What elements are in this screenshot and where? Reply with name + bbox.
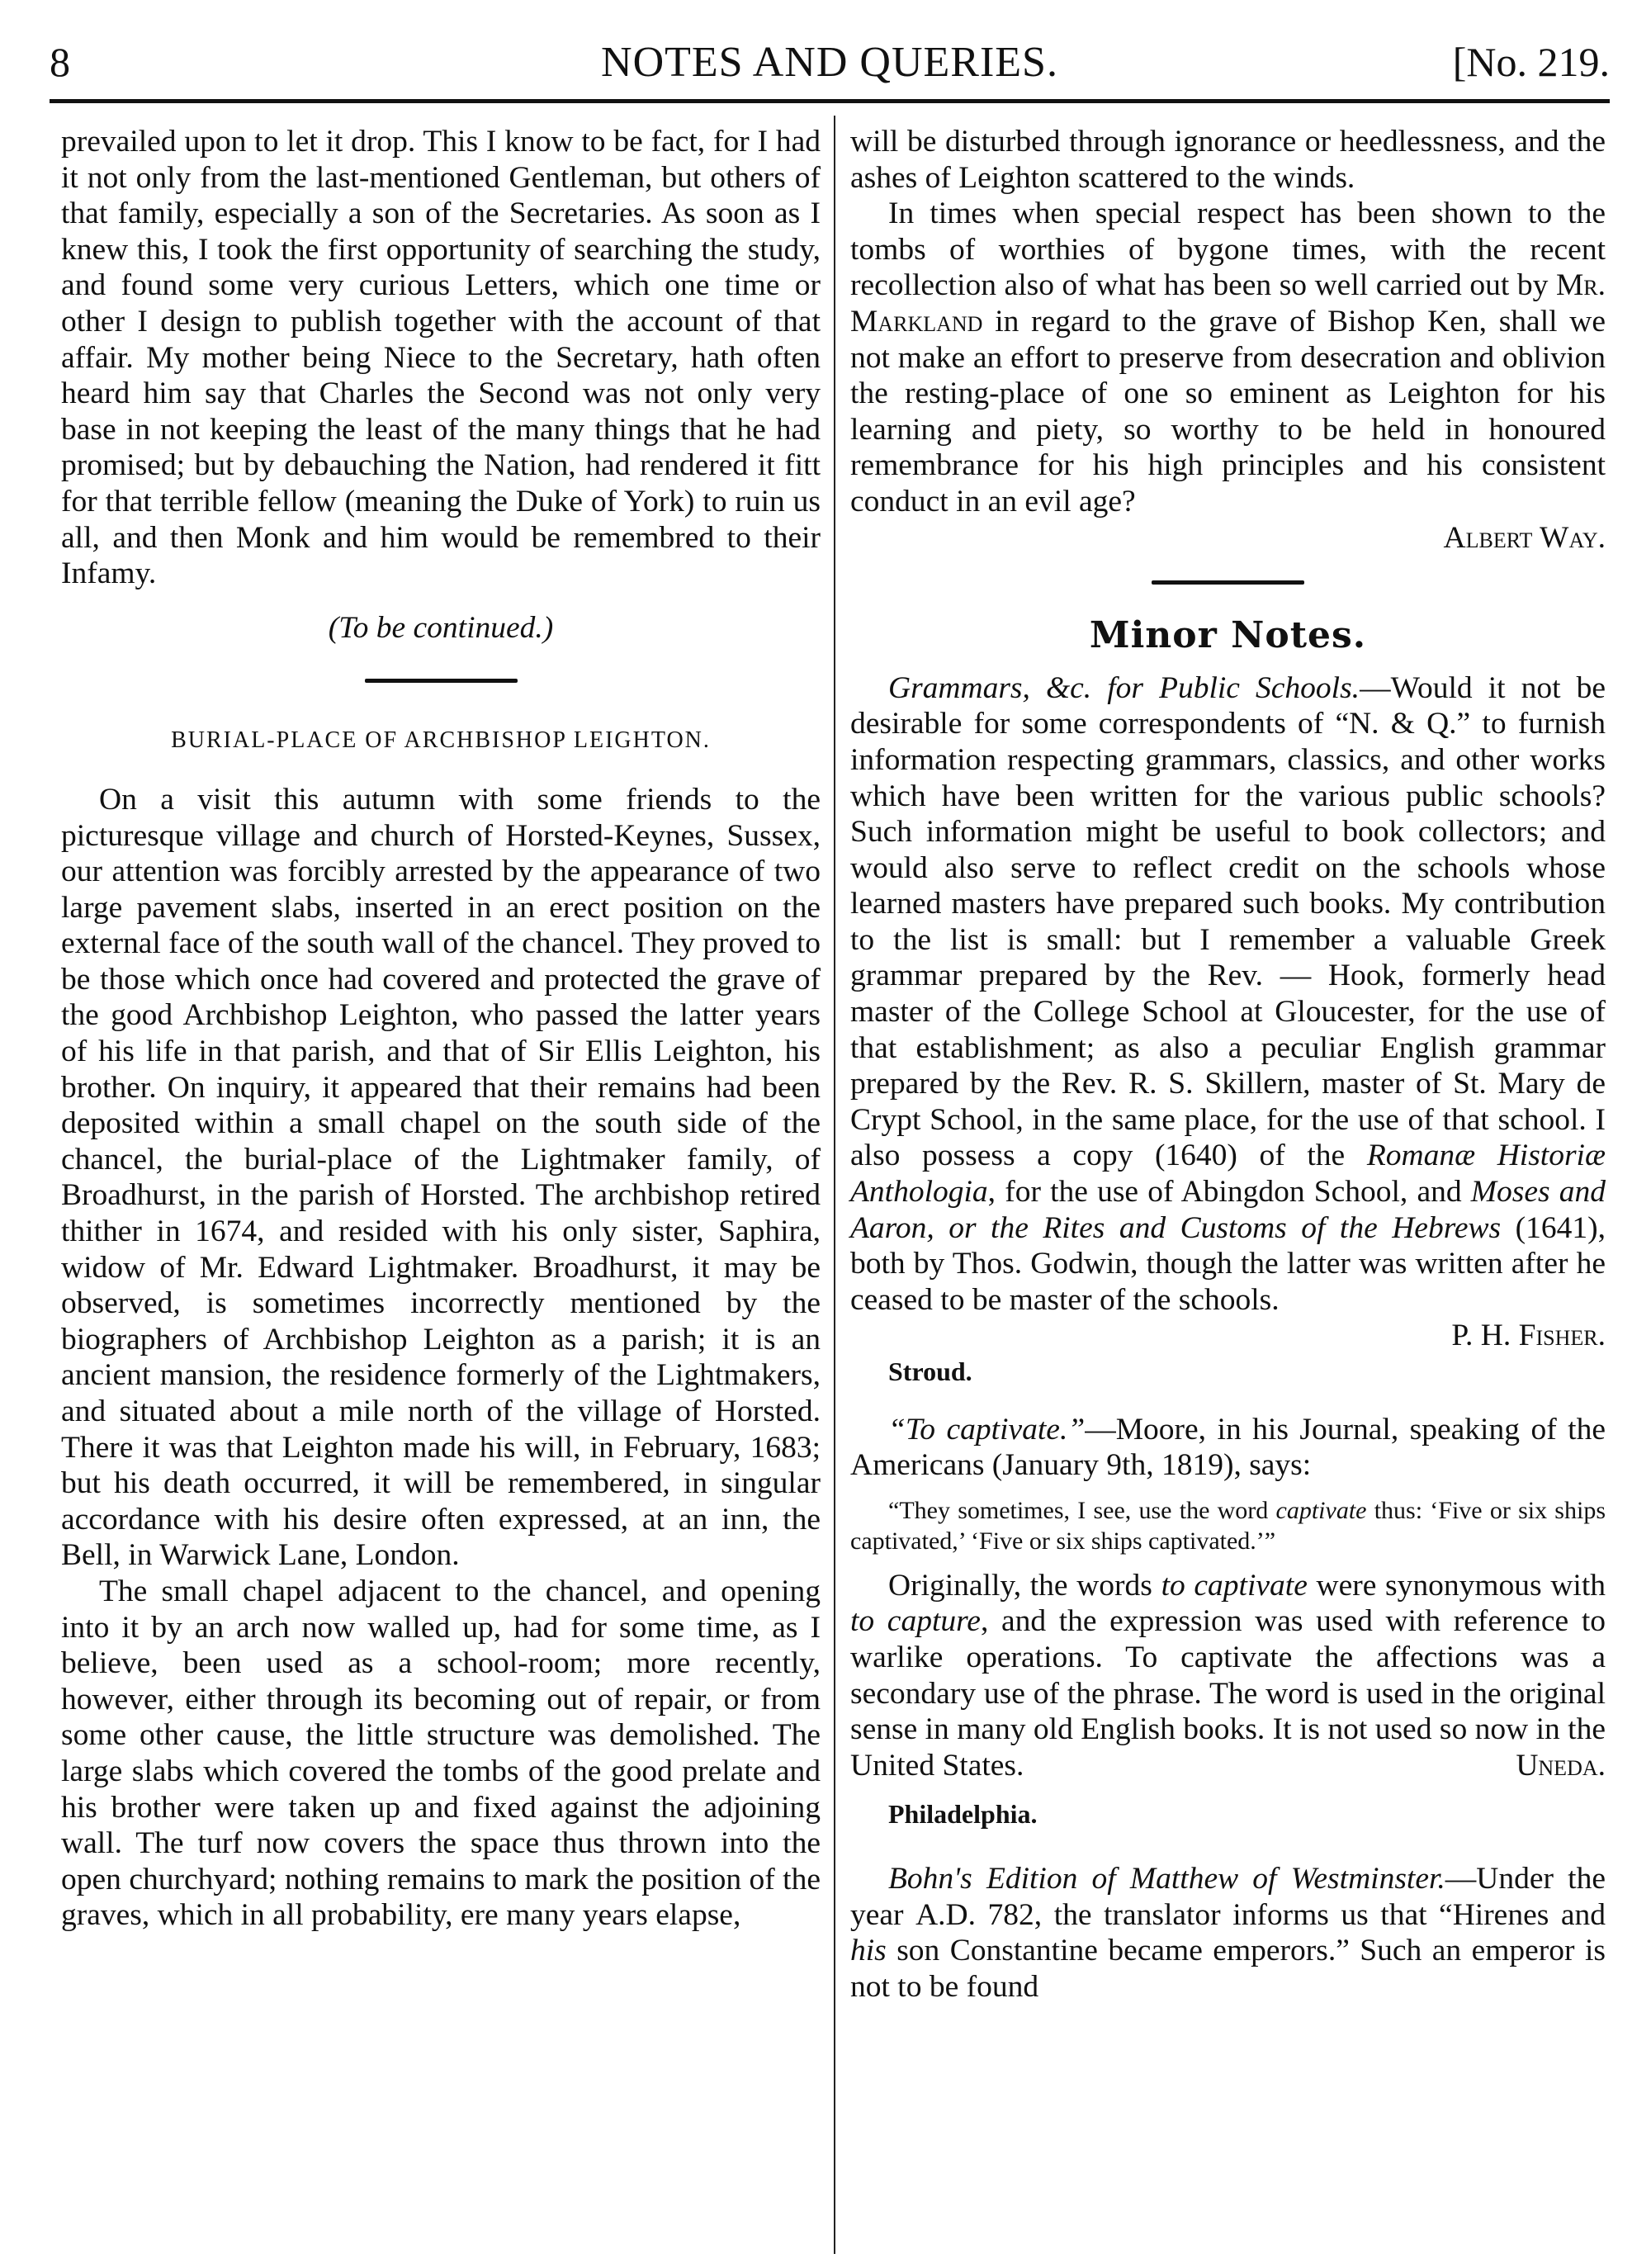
article-signature: Albert Way. <box>850 520 1606 556</box>
section-rule <box>1152 580 1304 585</box>
article-paragraph: will be disturbed through ignorance or h… <box>850 124 1606 196</box>
note-paragraph: Bohn's Edition of Matthew of Westminster… <box>850 1861 1606 2005</box>
running-header: 8 NOTES AND QUERIES. [No. 219. <box>50 33 1610 99</box>
to-be-continued: (To be continued.) <box>61 610 821 646</box>
section-rule <box>365 679 518 683</box>
article-paragraph: The small chapel adjacent to the chancel… <box>61 1574 821 1934</box>
note-place: Stroud. <box>850 1354 1606 1390</box>
issue-number: [No. 219. <box>1453 38 1610 86</box>
journal-title: NOTES AND QUERIES. <box>50 38 1610 87</box>
continued-text: prevailed upon to let it drop. This I kn… <box>61 124 821 592</box>
note-signature: P. H. Fisher. <box>850 1318 1606 1354</box>
note-quotation: “They sometimes, I see, use the word cap… <box>850 1495 1606 1556</box>
note-signature: Uneda. <box>1478 1748 1606 1784</box>
note-paragraph: Originally, the words to captivate were … <box>850 1568 1606 1784</box>
note-paragraph: “To captivate.”—Moore, in his Journal, s… <box>850 1412 1606 1484</box>
section-heading: Minor Notes. <box>850 618 1606 654</box>
article-heading: BURIAL-PLACE OF ARCHBISHOP LEIGHTON. <box>61 722 821 759</box>
note-title: Grammars, &c. for Public Schools. <box>888 671 1360 705</box>
article-paragraph: On a visit this autumn with some friends… <box>61 782 821 1574</box>
left-column: prevailed upon to let it drop. This I kn… <box>61 124 821 1934</box>
note-paragraph: Grammars, &c. for Public Schools.—Would … <box>850 670 1606 1319</box>
note-title: Bohn's Edition of Matthew of Westminster… <box>888 1862 1445 1896</box>
right-column: will be disturbed through ignorance or h… <box>850 124 1606 2005</box>
header-rule <box>50 99 1610 103</box>
article-paragraph: In times when special respect has been s… <box>850 196 1606 519</box>
note-title: “To captivate.” <box>888 1413 1085 1447</box>
note-place: Philadelphia. <box>850 1797 1606 1833</box>
column-divider <box>834 116 835 2254</box>
